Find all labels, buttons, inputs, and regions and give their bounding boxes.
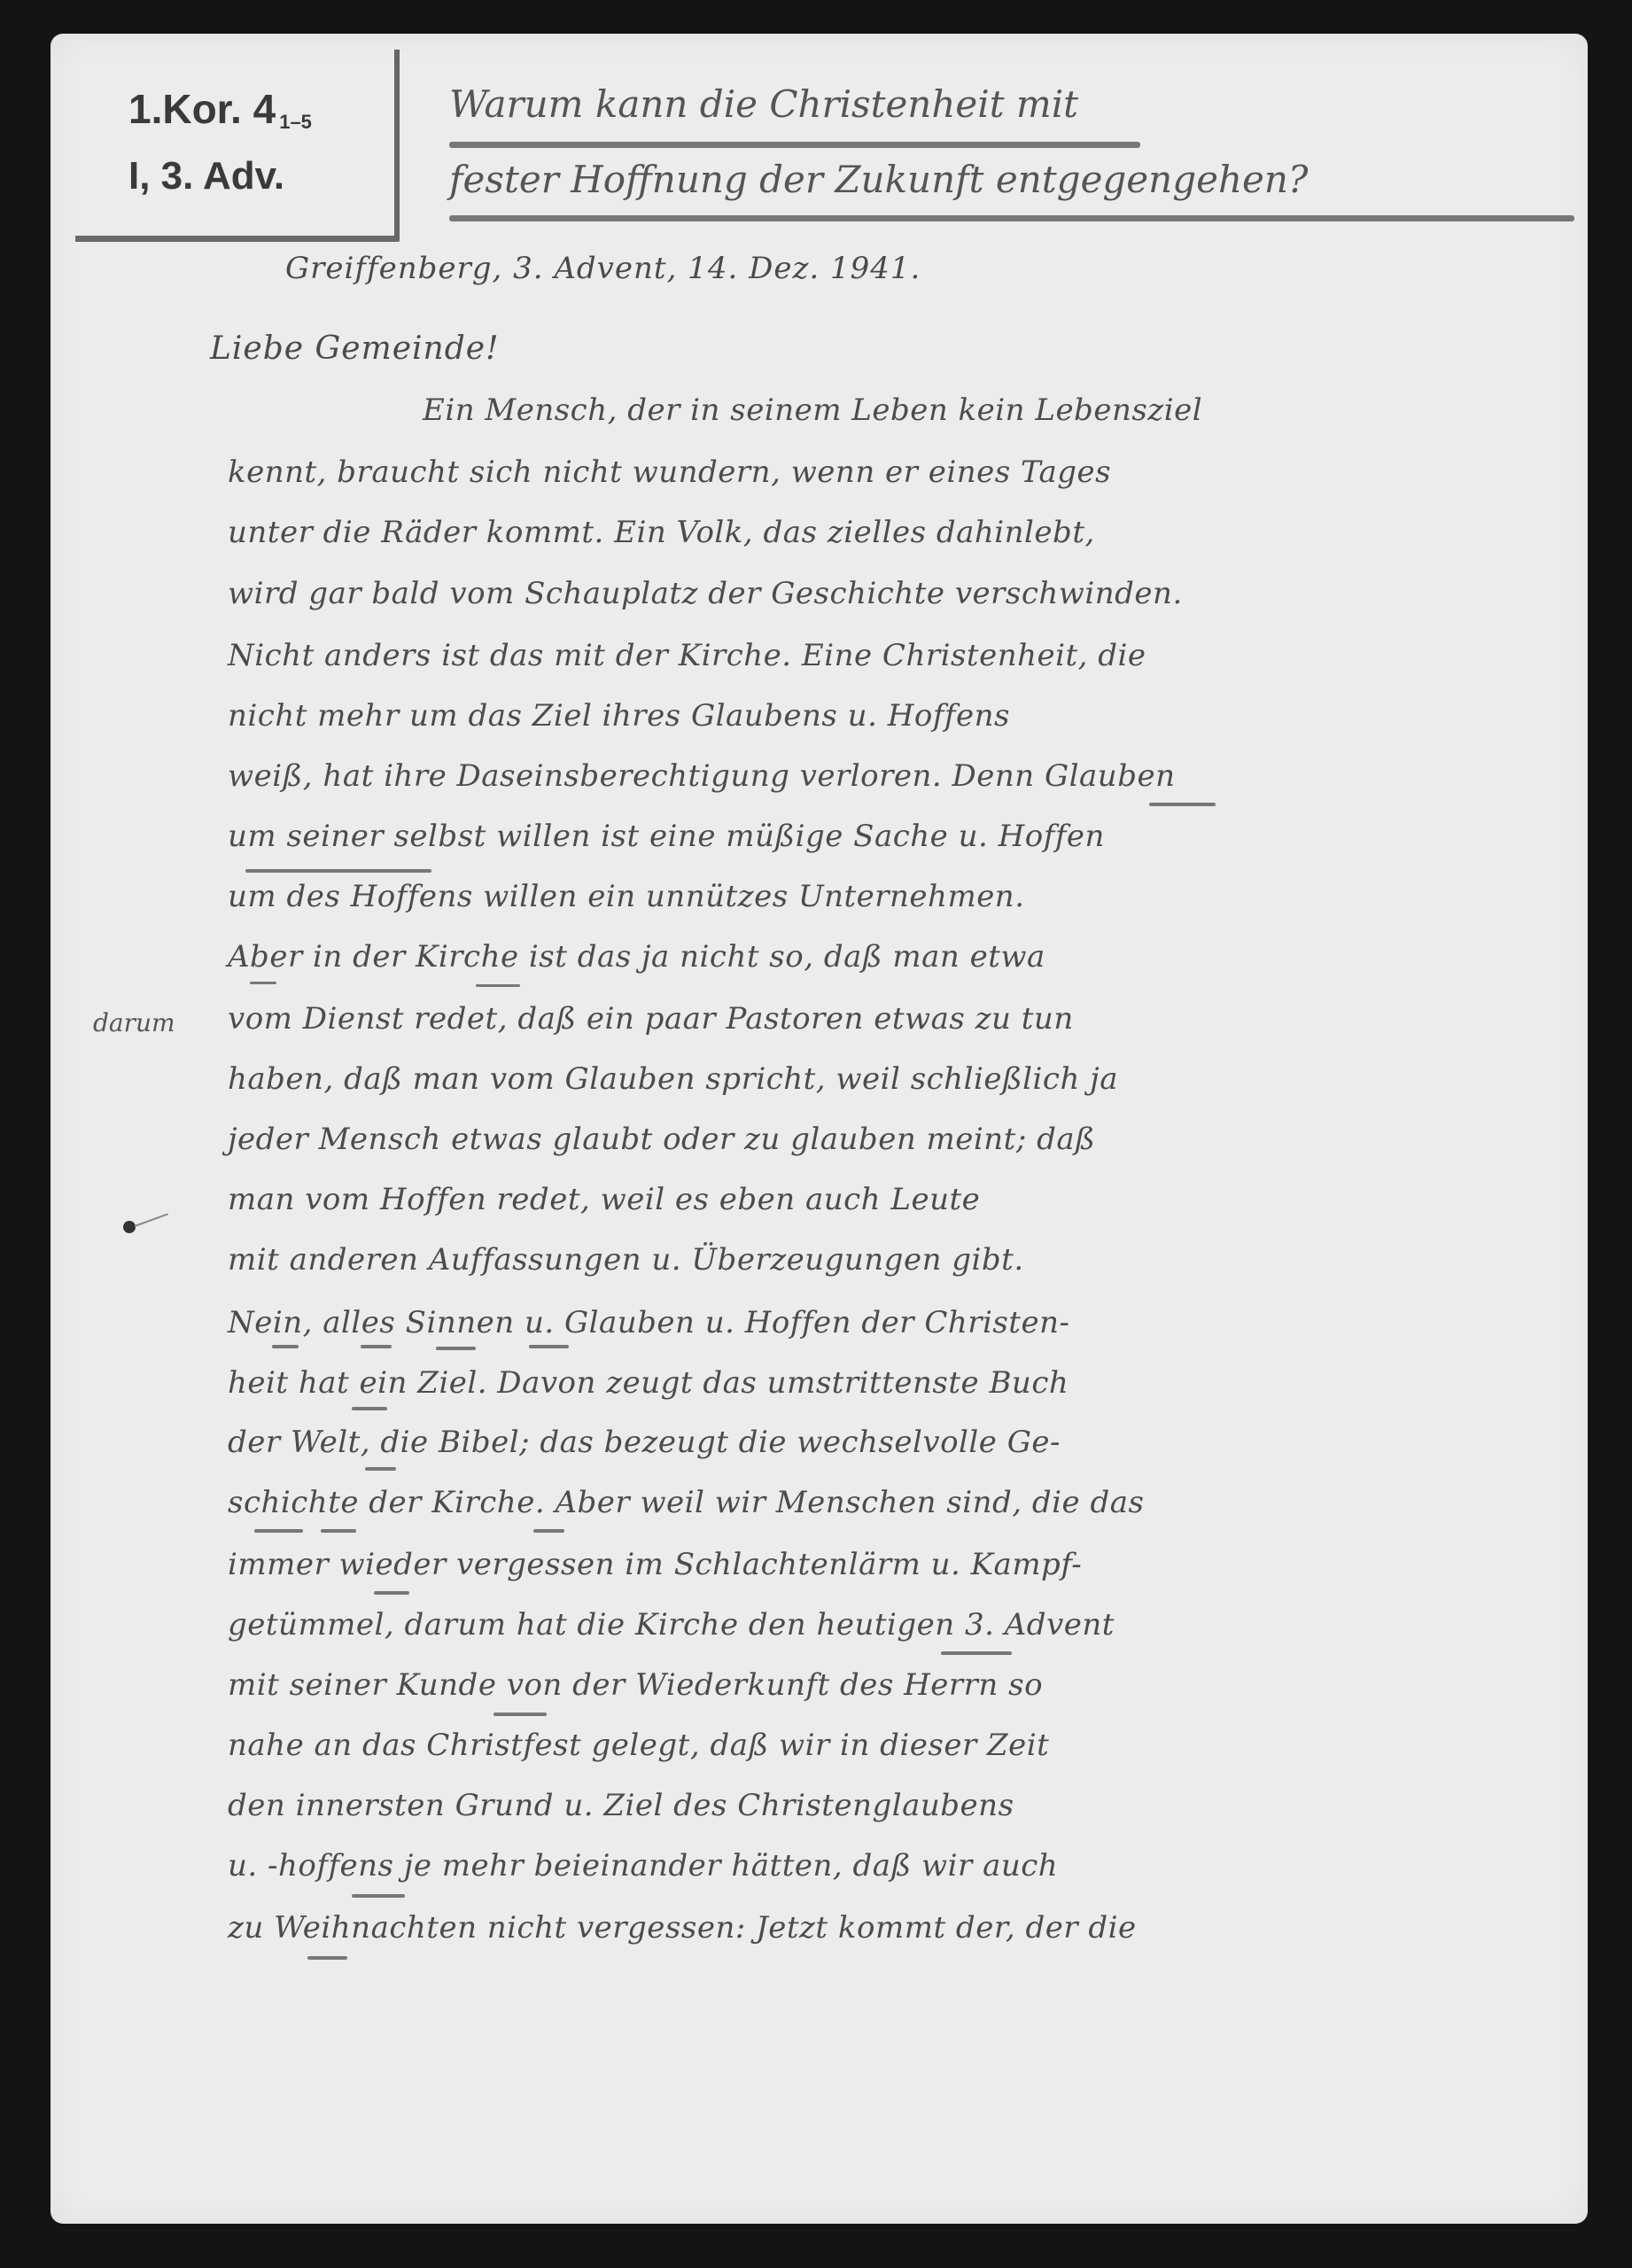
sermon-id: I, 3. Adv. <box>128 154 284 198</box>
place-date: Greiffenberg, 3. Advent, 14. Dez. 1941. <box>285 251 921 286</box>
scripture-book-chapter: 1.Kor. 4 <box>128 86 276 132</box>
scripture-reference: 1.Kor. 41–5 <box>128 85 312 134</box>
underline-bibel <box>365 1467 396 1471</box>
text-line: mit seiner Kunde von der Wiederkunft des… <box>228 1667 1043 1703</box>
title-line-1: Warum kann die Christenheit mit <box>449 82 1078 126</box>
underline-menschen <box>533 1529 564 1533</box>
underline-kirche <box>321 1529 356 1533</box>
text-line: man vom Hoffen redet, weil es eben auch … <box>228 1182 980 1217</box>
text-line: um des Hoffens willen ein unnützes Unter… <box>228 879 1025 914</box>
text-line: Aber in der Kirche ist das ja nicht so, … <box>228 939 1045 975</box>
manuscript-page: 1.Kor. 41–5 I, 3. Adv. Warum kann die Ch… <box>51 34 1588 2224</box>
underline-aber <box>250 982 276 984</box>
text-line: weiß, hat ihre Daseinsberechtigung verlo… <box>228 758 1175 794</box>
text-line: nahe an das Christfest gelegt, daß wir i… <box>228 1728 1049 1763</box>
underline-alles <box>272 1345 299 1348</box>
text-line: u. -hoffens je mehr beieinander hätten, … <box>228 1848 1058 1884</box>
underline-sinnen <box>361 1345 392 1348</box>
text-line: der Welt, die Bibel; das bezeugt die wec… <box>228 1425 1061 1460</box>
underline-um-seiner-selbst-willen <box>245 869 431 873</box>
text-line: zu Weihnachten nicht vergessen: Jetzt ko… <box>228 1910 1137 1946</box>
underline-hoffen <box>529 1345 569 1348</box>
ink-blot <box>123 1221 136 1233</box>
text-line: immer wieder vergessen im Schlachtenlärm… <box>228 1547 1082 1582</box>
title-underline-1 <box>449 142 1140 148</box>
underline-ziel <box>352 1407 387 1410</box>
underline-glauben-2 <box>436 1347 476 1350</box>
text-line: schichte der Kirche. Aber weil wir Mensc… <box>228 1485 1144 1520</box>
text-line: getümmel, darum hat die Kirche den heuti… <box>228 1607 1115 1643</box>
text-line: nicht mehr um das Ziel ihres Glaubens u.… <box>228 698 1010 734</box>
underline-nicht-so <box>476 984 520 987</box>
text-line: unter die Räder kommt. Ein Volk, das zie… <box>228 515 1095 550</box>
text-line: mit anderen Auffassungen u. Überzeugunge… <box>228 1242 1024 1278</box>
underline-weihnachten <box>307 1956 347 1960</box>
margin-note: darum <box>93 1008 175 1037</box>
text-line: Nicht anders ist das mit der Kirche. Ein… <box>228 638 1146 673</box>
title-line-2: fester Hoffnung der Zukunft entgegengehe… <box>449 158 1308 201</box>
underline-3-advent <box>941 1651 1012 1655</box>
underline-geschichte <box>254 1529 303 1533</box>
text-line: kennt, braucht sich nicht wundern, wenn … <box>228 454 1111 490</box>
text-line: heit hat ein Ziel. Davon zeugt das umstr… <box>228 1365 1069 1401</box>
scripture-verses: 1–5 <box>279 111 312 133</box>
text-line: haben, daß man vom Glauben spricht, weil… <box>228 1061 1118 1097</box>
text-line: um seiner selbst willen ist eine müßige … <box>228 819 1105 854</box>
underline-je-mehr <box>352 1894 405 1898</box>
underline-vergessen <box>374 1591 409 1595</box>
text-line: wird gar bald vom Schauplatz der Geschic… <box>228 576 1183 611</box>
title-underline-2 <box>449 215 1574 221</box>
ink-stroke <box>135 1213 168 1227</box>
salutation: Liebe Gemeinde! <box>210 330 500 367</box>
text-line: Ein Mensch, der in seinem Leben kein Leb… <box>423 392 1202 428</box>
text-line: den innersten Grund u. Ziel des Christen… <box>228 1788 1014 1823</box>
text-line: Nein, alles Sinnen u. Glauben u. Hoffen … <box>228 1305 1069 1340</box>
underline-glauben <box>1149 803 1216 806</box>
scripture-reference-box: 1.Kor. 41–5 I, 3. Adv. <box>75 50 400 242</box>
text-line: vom Dienst redet, daß ein paar Pastoren … <box>228 1001 1074 1037</box>
text-line: jeder Mensch etwas glaubt oder zu glaube… <box>228 1122 1095 1157</box>
underline-wiederkunft <box>493 1713 547 1716</box>
